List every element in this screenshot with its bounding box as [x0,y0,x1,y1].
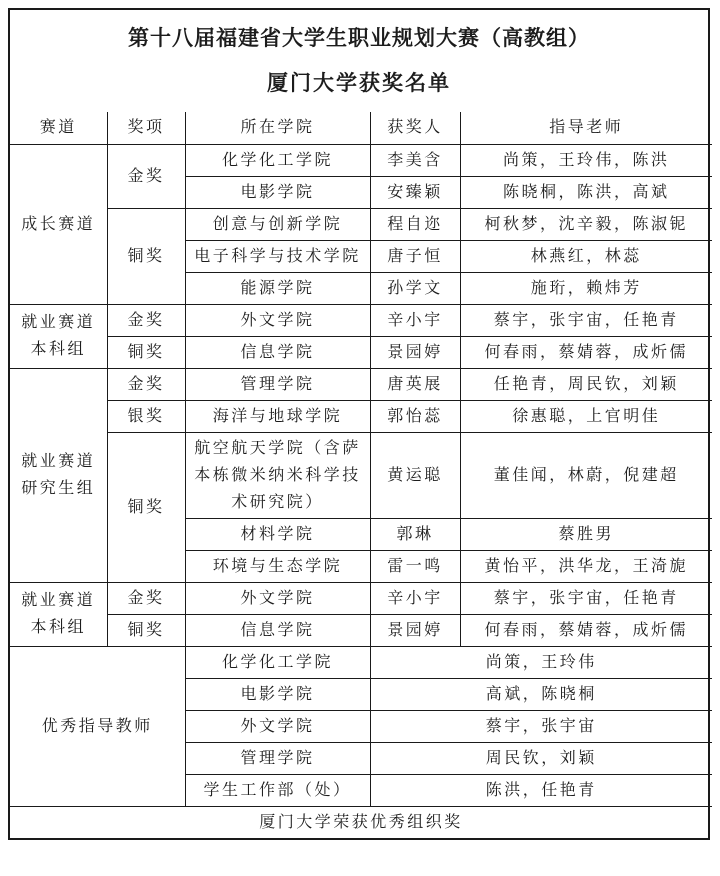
teachers-cell: 林燕红，林蕊 [460,240,712,272]
college-cell: 化学化工学院 [185,144,370,176]
college-cell: 化学化工学院 [185,646,370,678]
title-block: 第十八届福建省大学生职业规划大赛（高教组） 厦门大学获奖名单 [10,10,708,112]
college-cell: 信息学院 [185,336,370,368]
winner-cell: 孙学文 [370,272,460,304]
teachers-cell: 尚策，王玲伟，陈洪 [460,144,712,176]
teachers-cell: 蔡宇，张宇宙 [370,710,712,742]
college-cell: 管理学院 [185,368,370,400]
teachers-cell: 尚策，王玲伟 [370,646,712,678]
winner-cell: 景园婷 [370,614,460,646]
winner-cell: 郭琳 [370,518,460,550]
track-cell: 就业赛道本科组 [10,582,107,646]
table-row: 就业赛道本科组 金奖 外文学院 辛小宇 蔡宇，张宇宙，任艳青 [10,582,712,614]
teachers-cell: 柯秋梦，沈辛毅，陈淑铌 [460,208,712,240]
college-cell: 环境与生态学院 [185,550,370,582]
col-header-track: 赛道 [10,112,107,144]
winner-cell: 景园婷 [370,336,460,368]
awards-table: 赛道 奖项 所在学院 获奖人 指导老师 成长赛道 金奖 化学化工学院 李美含 尚… [10,112,712,838]
award-cell: 铜奖 [107,432,185,582]
table-row: 就业赛道本科组 金奖 外文学院 辛小宇 蔡宇，张宇宙，任艳青 [10,304,712,336]
teachers-cell: 陈洪，任艳青 [370,774,712,806]
college-cell: 电影学院 [185,678,370,710]
college-cell: 材料学院 [185,518,370,550]
table-row: 铜奖 信息学院 景园婷 何春雨，蔡婧蓉，成炘儒 [10,336,712,368]
award-cell: 金奖 [107,304,185,336]
college-cell: 信息学院 [185,614,370,646]
college-cell: 管理学院 [185,742,370,774]
document-subtitle: 厦门大学获奖名单 [20,69,698,97]
mentor-section-cell: 优秀指导教师 [10,646,185,806]
college-cell: 电影学院 [185,176,370,208]
col-header-award: 奖项 [107,112,185,144]
teachers-cell: 蔡胜男 [460,518,712,550]
winner-cell: 辛小宇 [370,582,460,614]
award-cell: 铜奖 [107,208,185,304]
teachers-cell: 黄怡平，洪华龙，王渏旎 [460,550,712,582]
college-cell: 航空航天学院（含萨本栋微米纳米科学技术研究院） [185,432,370,518]
col-header-teacher: 指导老师 [460,112,712,144]
teachers-cell: 周民钦，刘颖 [370,742,712,774]
table-row: 铜奖 信息学院 景园婷 何春雨，蔡婧蓉，成炘儒 [10,614,712,646]
award-cell: 铜奖 [107,336,185,368]
table-header-row: 赛道 奖项 所在学院 获奖人 指导老师 [10,112,712,144]
winner-cell: 辛小宇 [370,304,460,336]
college-cell: 电子科学与技术学院 [185,240,370,272]
teachers-cell: 徐惠聪，上官明佳 [460,400,712,432]
winner-cell: 安臻颖 [370,176,460,208]
college-cell: 外文学院 [185,582,370,614]
college-cell: 创意与创新学院 [185,208,370,240]
table-row: 成长赛道 金奖 化学化工学院 李美含 尚策，王玲伟，陈洪 [10,144,712,176]
teachers-cell: 蔡宇，张宇宙，任艳青 [460,582,712,614]
teachers-cell: 任艳青，周民钦，刘颖 [460,368,712,400]
college-cell: 学生工作部（处） [185,774,370,806]
teachers-cell: 董佳闻，林蔚，倪建超 [460,432,712,518]
award-cell: 金奖 [107,368,185,400]
award-notice-document: 第十八届福建省大学生职业规划大赛（高教组） 厦门大学获奖名单 赛道 奖项 所在学… [8,8,710,840]
award-cell: 银奖 [107,400,185,432]
teachers-cell: 高斌，陈晓桐 [370,678,712,710]
college-cell: 能源学院 [185,272,370,304]
teachers-cell: 蔡宇，张宇宙，任艳青 [460,304,712,336]
document-title: 第十八届福建省大学生职业规划大赛（高教组） [20,24,698,52]
teachers-cell: 陈晓桐，陈洪，高斌 [460,176,712,208]
teachers-cell: 施珩，赖炜芳 [460,272,712,304]
footer-cell: 厦门大学荣获优秀组织奖 [10,806,712,838]
winner-cell: 程自迩 [370,208,460,240]
col-header-winner: 获奖人 [370,112,460,144]
award-cell: 铜奖 [107,614,185,646]
track-cell: 就业赛道研究生组 [10,368,107,582]
teachers-cell: 何春雨，蔡婧蓉，成炘儒 [460,336,712,368]
teachers-cell: 何春雨，蔡婧蓉，成炘儒 [460,614,712,646]
college-cell: 海洋与地球学院 [185,400,370,432]
table-row: 铜奖 航空航天学院（含萨本栋微米纳米科学技术研究院） 黄运聪 董佳闻，林蔚，倪建… [10,432,712,518]
winner-cell: 郭怡蕊 [370,400,460,432]
table-row: 优秀指导教师 化学化工学院 尚策，王玲伟 [10,646,712,678]
award-cell: 金奖 [107,144,185,208]
table-row: 铜奖 创意与创新学院 程自迩 柯秋梦，沈辛毅，陈淑铌 [10,208,712,240]
award-cell: 金奖 [107,582,185,614]
col-header-college: 所在学院 [185,112,370,144]
winner-cell: 唐英展 [370,368,460,400]
track-cell: 就业赛道本科组 [10,304,107,368]
winner-cell: 黄运聪 [370,432,460,518]
table-row: 就业赛道研究生组 金奖 管理学院 唐英展 任艳青，周民钦，刘颖 [10,368,712,400]
table-footer-row: 厦门大学荣获优秀组织奖 [10,806,712,838]
winner-cell: 李美含 [370,144,460,176]
college-cell: 外文学院 [185,304,370,336]
winner-cell: 雷一鸣 [370,550,460,582]
college-cell: 外文学院 [185,710,370,742]
table-row: 银奖 海洋与地球学院 郭怡蕊 徐惠聪，上官明佳 [10,400,712,432]
winner-cell: 唐子恒 [370,240,460,272]
track-cell: 成长赛道 [10,144,107,304]
